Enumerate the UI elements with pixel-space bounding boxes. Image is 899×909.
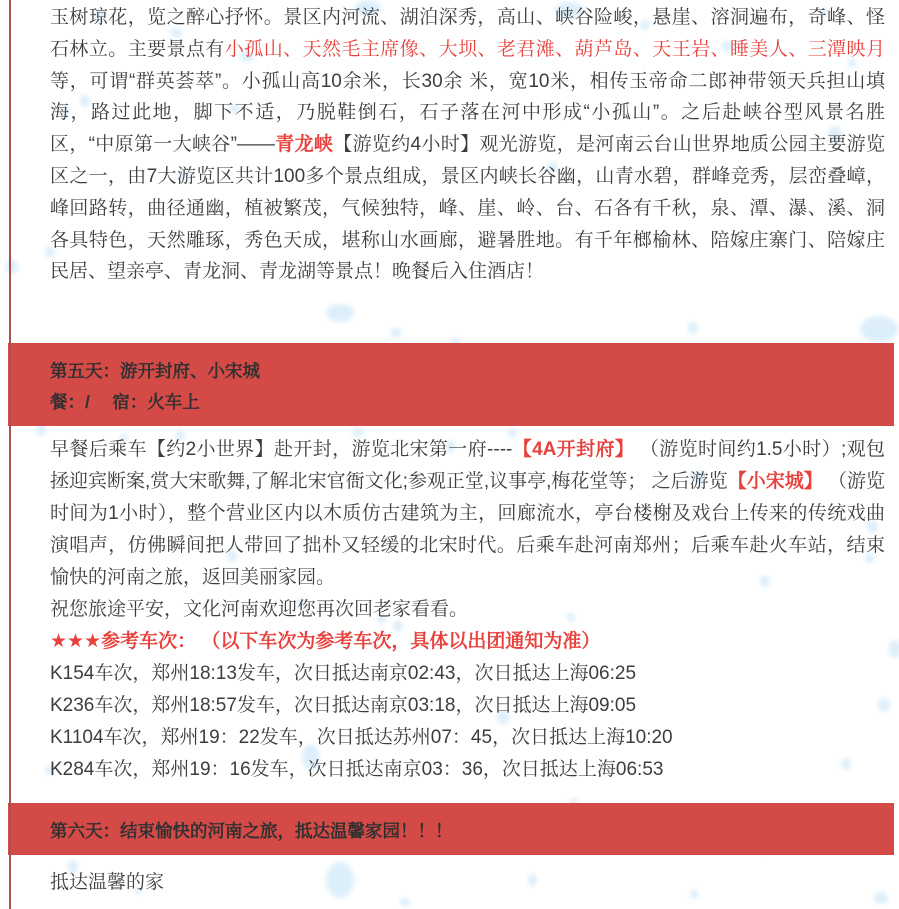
highlighted-text-segment: 【小宋城】 <box>728 471 823 492</box>
itinerary-content: 玉树琼花，览之醉心抒怀。景区内河流、湖泊深秀，高山、峡谷险峻，悬崖、溶洞遍布，奇… <box>0 0 899 909</box>
wish-line: 祝您旅途平安，文化河南欢迎您再次回老家看看。 <box>0 594 899 626</box>
text-segment: 早餐后乘车【约2小世界】赴开封，游览北宋第一府---- <box>50 439 512 460</box>
train-schedule-item: K236车次，郑州18:57发车，次日抵达南京03:18，次日抵达上海09:05 <box>0 690 899 722</box>
train-schedule-item: K1104车次，郑州19：22发车，次日抵达苏州07：45，次日抵达上海10:2… <box>0 722 899 754</box>
day6-banner: 第六天：结束愉快的河南之旅，抵达温馨家园！！！ <box>8 803 894 855</box>
text-segment: 【游览约4小时】观光游览，是河南云台山世界地质公园主要游览区之一，由7大游览区共… <box>50 134 885 282</box>
day6-banner-title: 第六天：结束愉快的河南之旅，抵达温馨家园！！！ <box>50 816 878 847</box>
arrival-line: 抵达温馨的家 <box>0 867 899 899</box>
train-reference-note: ★★★参考车次： （以下车次为参考车次，具体以出团通知为准） <box>0 626 899 658</box>
highlighted-text-segment: 小孤山、天然毛主席像、大坝、老君滩、葫芦岛、天王岩、睡美人、三潭映月 <box>225 39 885 60</box>
train-schedule-item: K284车次，郑州19：16发车，次日抵达南京03：36，次日抵达上海06:53 <box>0 754 899 786</box>
day5-banner-meals: 餐：/ 宿：火车上 <box>50 387 878 418</box>
day5-banner: 第五天：游开封府、小宋城 餐：/ 宿：火车上 <box>8 343 894 426</box>
page-left-border <box>9 0 11 909</box>
day5-banner-title: 第五天：游开封府、小宋城 <box>50 356 878 387</box>
highlighted-text-segment: 青龙峡 <box>275 134 333 155</box>
day5-paragraph: 早餐后乘车【约2小世界】赴开封，游览北宋第一府----【4A开封府】 （游览时间… <box>0 434 899 594</box>
intro-paragraph: 玉树琼花，览之醉心抒怀。景区内河流、湖泊深秀，高山、峡谷险峻，悬崖、溶洞遍布，奇… <box>0 2 899 288</box>
highlighted-text-segment: 【4A开封府】 <box>512 439 634 460</box>
travel-itinerary-page: 玉树琼花，览之醉心抒怀。景区内河流、湖泊深秀，高山、峡谷险峻，悬崖、溶洞遍布，奇… <box>0 0 899 909</box>
train-schedule-item: K154车次，郑州18:13发车，次日抵达南京02:43，次日抵达上海06:25 <box>0 658 899 690</box>
